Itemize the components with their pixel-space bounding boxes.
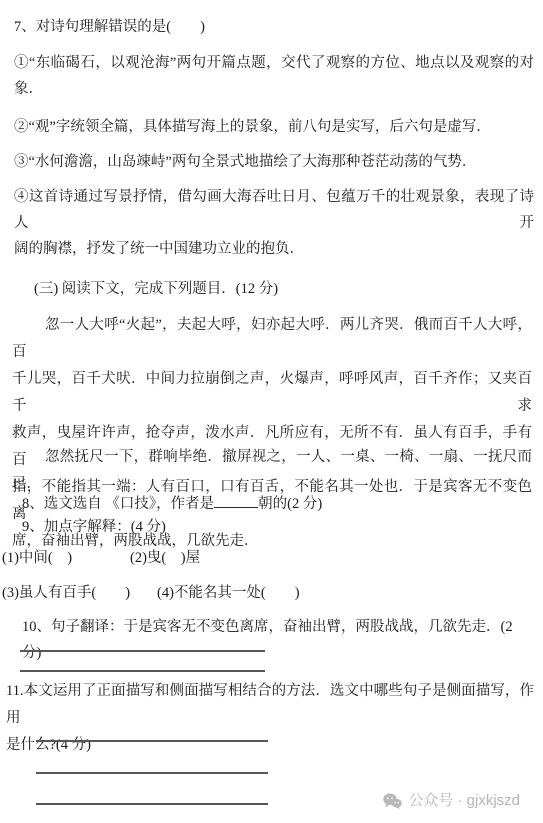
- question-7-title: 7、对诗句理解错误的是( ): [14, 14, 205, 40]
- option-1-line-1: ①“东临碣石，以观沧海”两句开篇点题，交代了观察的方位、地点以及观察的对: [14, 50, 534, 76]
- question-11-line-2: 是什么?(4 分): [6, 732, 534, 759]
- option-1-line-2: 象．: [14, 76, 534, 102]
- question-7-option-2: ②“观”字统领全篇，具体描写海上的景象，前八句是实写，后六句是虚写．: [14, 114, 534, 140]
- watermark: 公众号 · gjxkjszd: [383, 792, 520, 810]
- question-11: 11.本文运用了正面描写和侧面描写相结合的方法．选文中哪些句子是侧面描写，作用 …: [6, 678, 534, 759]
- exam-paper-page: 7、对诗句理解错误的是( ) ①“东临碣石，以观沧海”两句开篇点题，交代了观察的…: [0, 0, 543, 823]
- option-4-line-2: 阔的胸襟，抒发了统一中国建功立业的抱负．: [14, 236, 534, 262]
- question-9-item-1: (1)中间( ): [2, 545, 72, 571]
- reading-section-heading: (三) 阅读下文，完成下列题目．(12 分): [34, 276, 278, 302]
- passage-paragraph-2: 忽然抚尺一下，群响毕绝．撤屏视之，一人、一桌、一椅、一扇、一抚尺而 已．: [12, 444, 532, 498]
- passage-line: 千儿哭，百千犬吠．中间力拉崩倒之声，火爆声，呼呼风声，百千齐作；又夹百千求: [12, 366, 532, 420]
- option-4-line-1: ④这首诗通过写景抒情，借勾画大海吞吐日月、包蕴万千的壮观景象，表现了诗人开: [14, 184, 534, 236]
- answer-rule: [36, 803, 268, 805]
- question-9-title: 9、加点字解释：(4 分): [22, 514, 166, 540]
- answer-rule: [36, 772, 268, 774]
- question-9-item-2: (2)曳( )屋: [130, 545, 200, 571]
- question-8-suffix: 朝的(2 分): [258, 496, 322, 512]
- watermark-label: 公众号 · gjxkjszd: [408, 792, 520, 810]
- passage-line: 忽然抚尺一下，群响毕绝．撤屏视之，一人、一桌、一椅、一扇、一抚尺而: [12, 444, 532, 471]
- question-10-title: 10、句子翻译：于是宾客无不变色离席，奋袖出臂，两股战战，几欲先走．(2 分): [22, 614, 534, 666]
- question-11-line-1: 11.本文运用了正面描写和侧面描写相结合的方法．选文中哪些句子是侧面描写，作用: [6, 678, 534, 732]
- answer-rule: [20, 650, 265, 652]
- answer-rule: [20, 670, 265, 672]
- answer-rule: [36, 740, 268, 742]
- question-7-option-3: ③“水何澹澹，山岛竦峙”两句全景式地描绘了大海那种苍茫动荡的气势．: [14, 149, 534, 175]
- question-9-item-4: (4)不能名其一处( ): [157, 580, 300, 606]
- question-8-answer-blank: [214, 495, 258, 508]
- wechat-icon: [383, 793, 402, 809]
- question-8-prefix: 8、选文选自 《口技》，作者是: [22, 496, 214, 512]
- question-7-option-4: ④这首诗通过写景抒情，借勾画大海吞吐日月、包蕴万千的壮观景象，表现了诗人开 阔的…: [14, 184, 534, 262]
- question-9-item-3: (3)虽人有百手( ): [2, 580, 130, 606]
- question-7-option-1: ①“东临碣石，以观沧海”两句开篇点题，交代了观察的方位、地点以及观察的对 象．: [14, 50, 534, 102]
- passage-line: 忽一人大呼“火起”，夫起大呼，妇亦起大呼．两儿齐哭．俄而百千人大呼，百: [12, 312, 532, 366]
